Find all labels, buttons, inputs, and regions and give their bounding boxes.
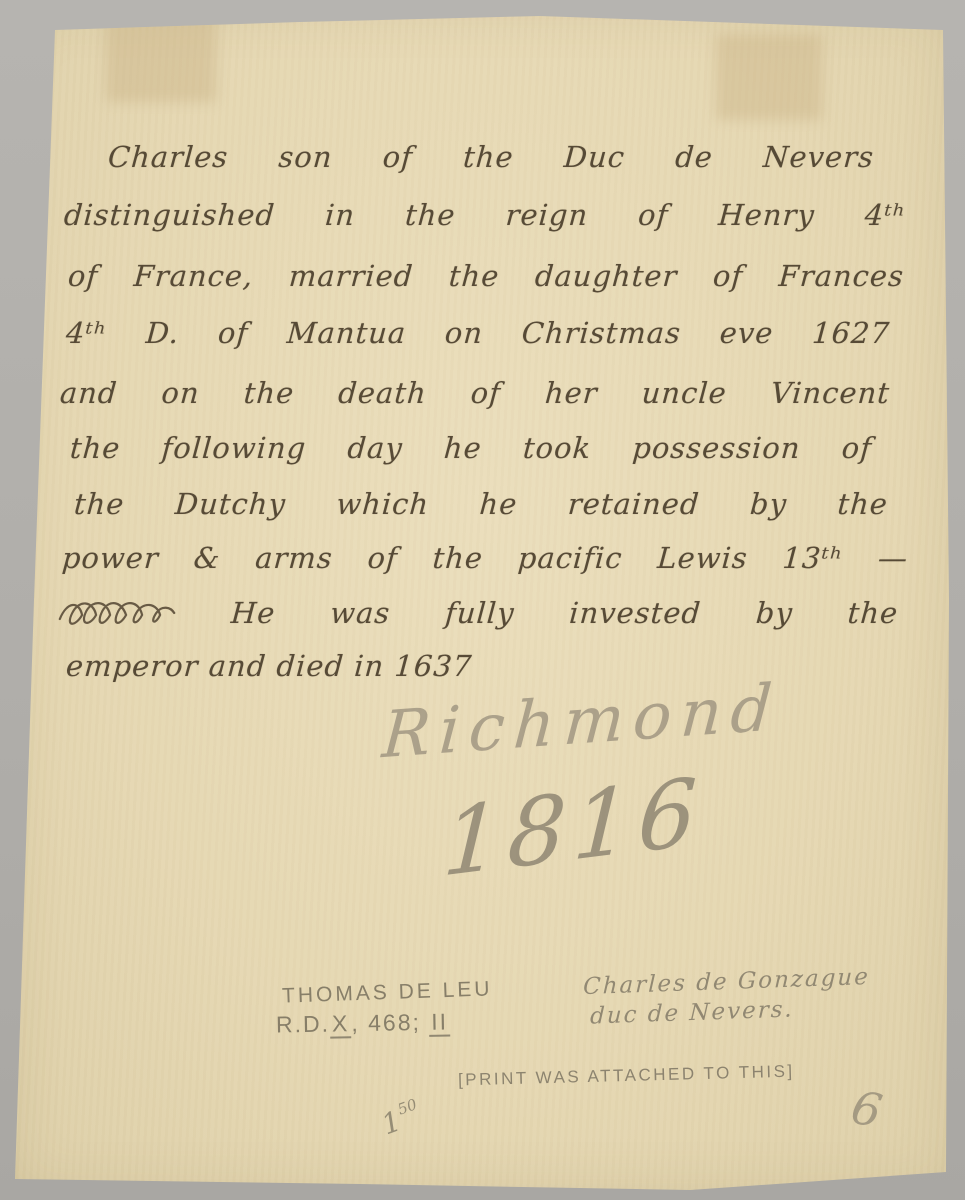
print-attachment-note: [PRINT WAS ATTACHED TO THIS] <box>458 1062 795 1091</box>
manuscript-line: and on the death of her uncle Vincent <box>59 376 891 411</box>
manuscript-line: of France, married the daughter of Franc… <box>67 259 905 294</box>
artist-annotation: THOMAS DE LEU <box>282 977 493 1008</box>
price-superscript: 50 <box>395 1095 419 1118</box>
collector-year: 1816 <box>441 765 706 890</box>
catalog-prefix: R.D. <box>276 1011 330 1038</box>
catalog-reference: R.D.X, 468; II <box>276 1008 451 1038</box>
price-mark: 150 <box>378 1101 422 1140</box>
manuscript-line: power & arms of the pacific Lewis 13ᵗʰ — <box>61 541 909 576</box>
manuscript-line: emperor and died in 1637 <box>65 649 697 684</box>
scanned-document: Charles son of the Duc de Nevers disting… <box>0 0 965 1200</box>
manuscript-line: the Dutchy which he retained by the <box>73 487 889 522</box>
subject-annotation-line2: duc de Nevers. <box>590 995 795 1032</box>
manuscript-line: the following day he took possession of <box>69 431 873 466</box>
catalog-volume: X <box>330 1010 352 1038</box>
scribbled-out-word <box>57 597 178 637</box>
manuscript-line: 4ᵗʰ D. of Mantua on Christmas eve 1627 <box>65 316 891 351</box>
catalog-mid: , 468; <box>351 1009 421 1036</box>
manuscript-line: Charles son of the Duc de Nevers <box>107 140 875 175</box>
tape-residue-top-right <box>716 34 822 120</box>
collector-signature: Richmond <box>380 676 783 768</box>
manuscript-line: distinguished in the reign of Henry 4ᵗʰ <box>63 198 907 233</box>
corner-number: 6 <box>848 1083 886 1134</box>
manuscript-line: He was fully invested by the <box>57 596 900 637</box>
manuscript-line-text: He was fully invested by the <box>230 596 900 630</box>
paper-sheet: Charles son of the Duc de Nevers disting… <box>0 0 965 1200</box>
catalog-part: II <box>429 1008 450 1036</box>
tape-residue-top-left <box>106 10 216 102</box>
